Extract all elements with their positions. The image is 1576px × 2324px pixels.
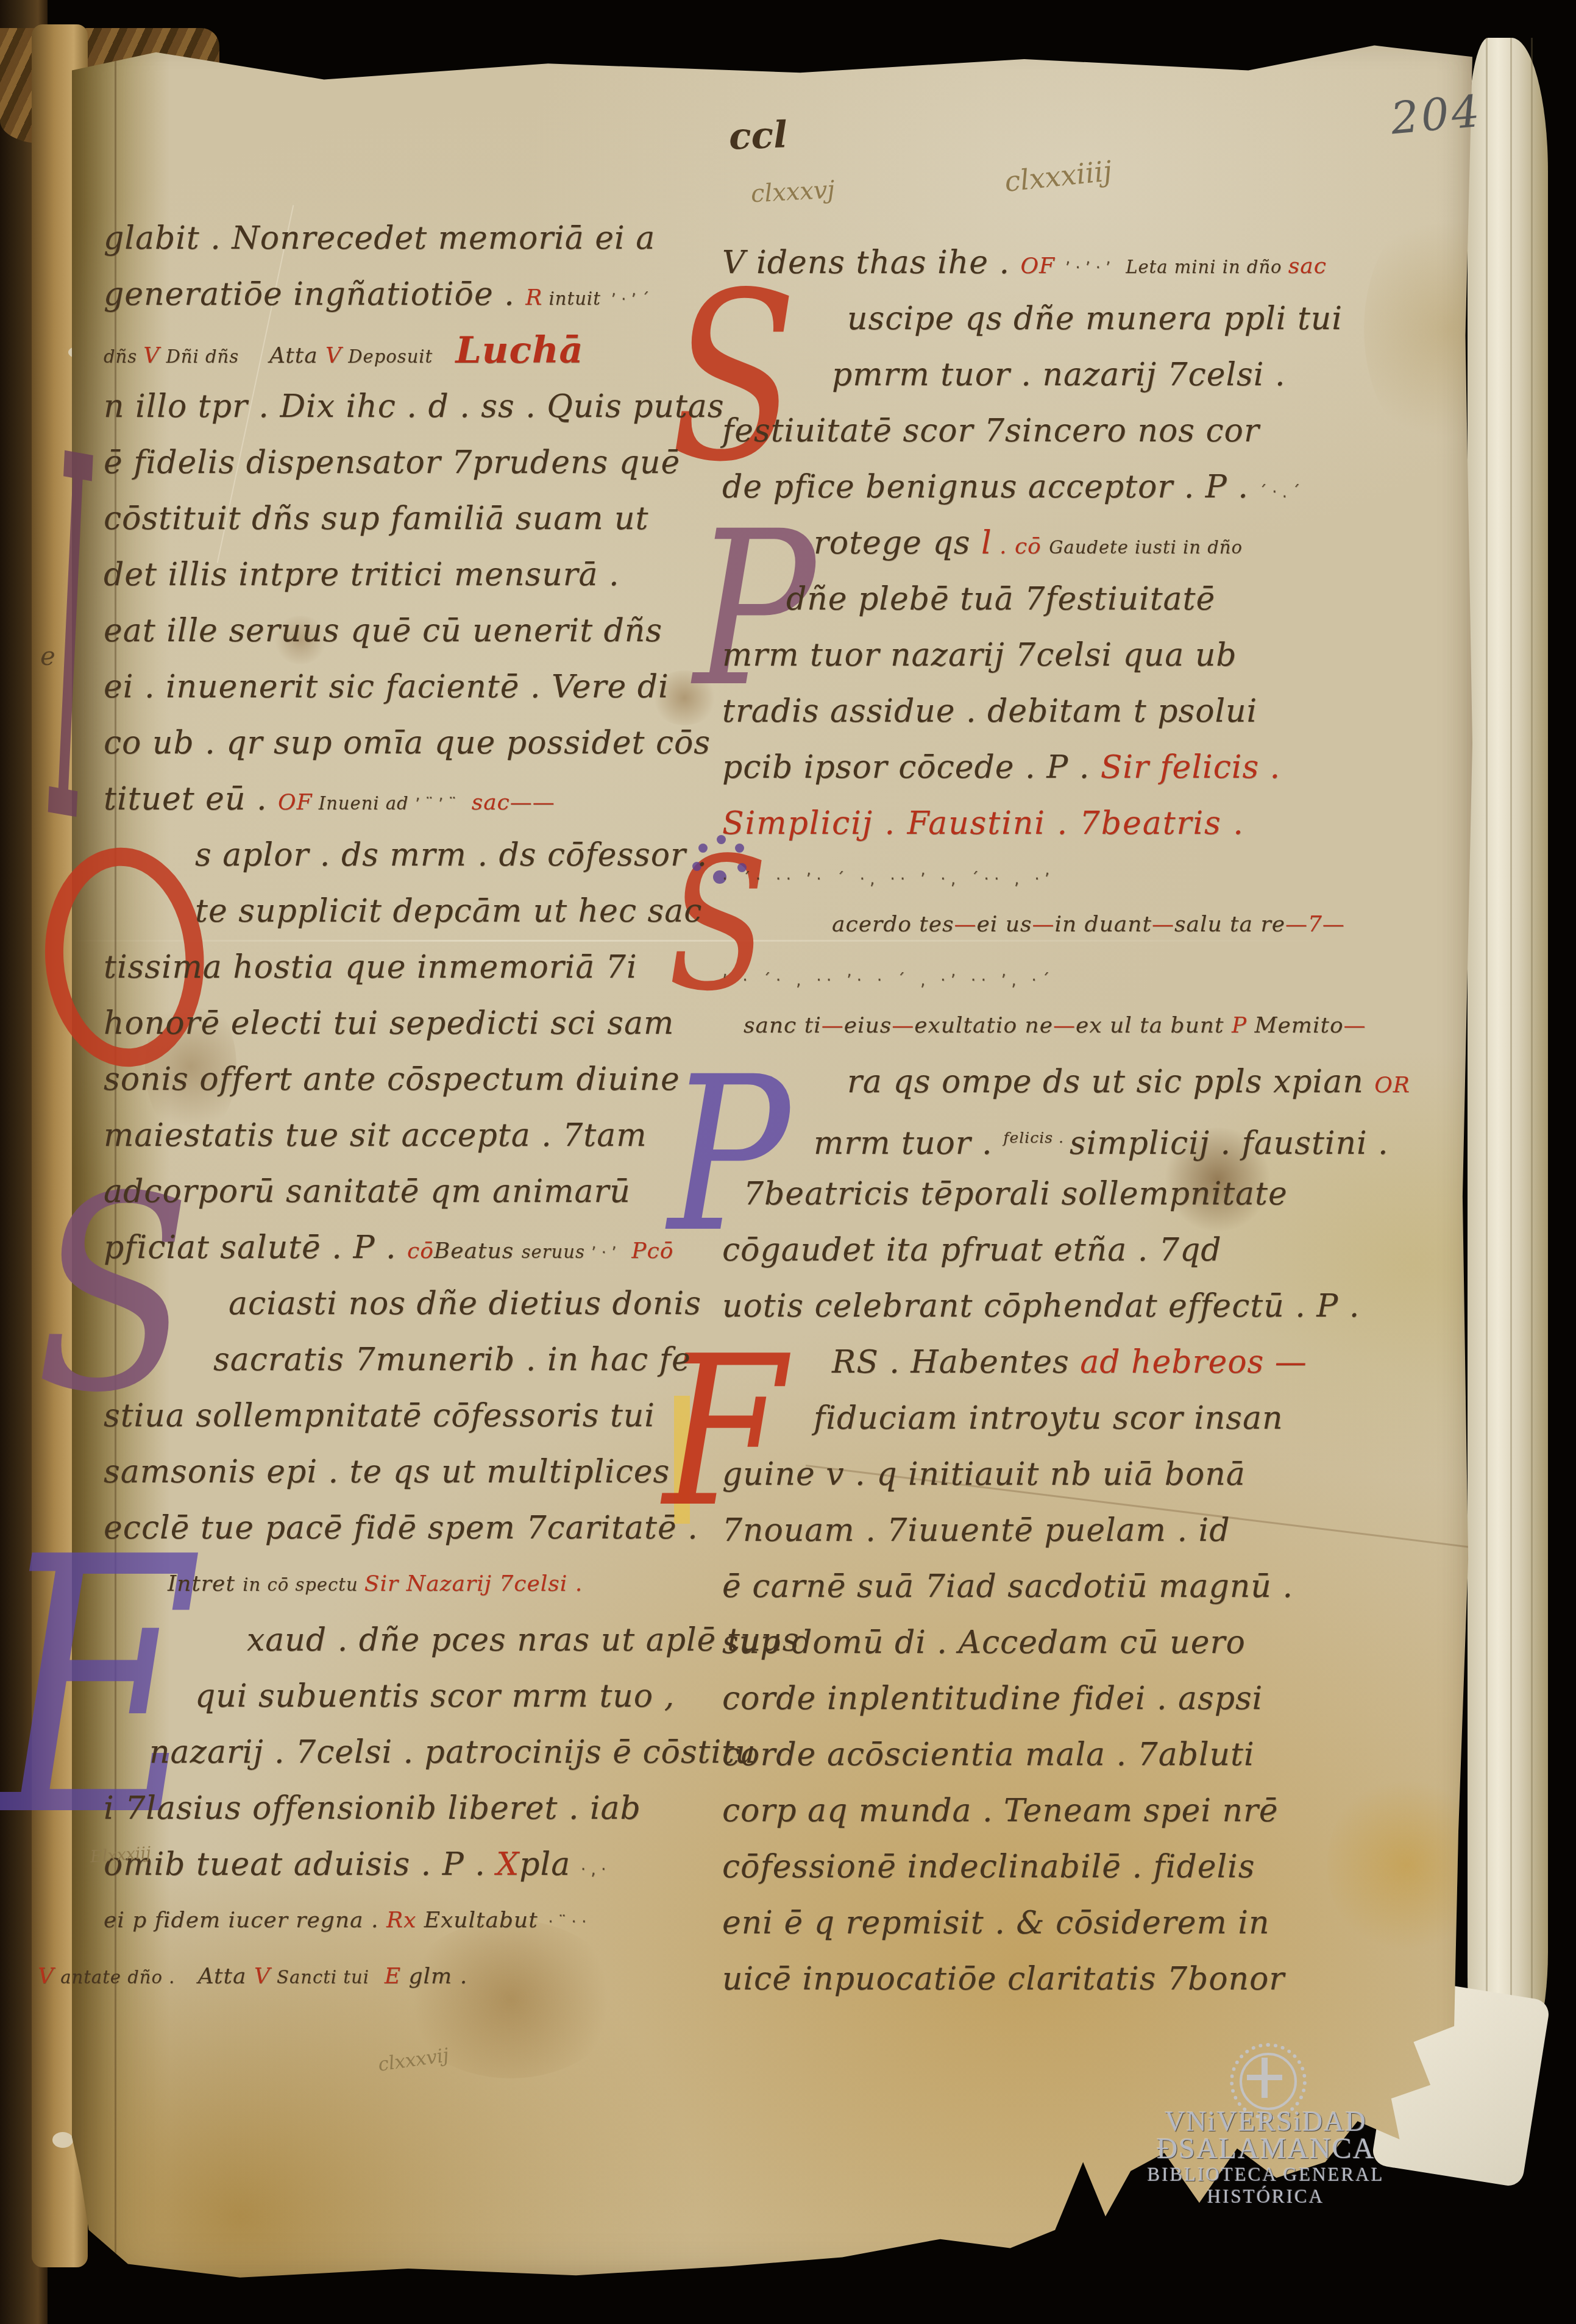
text-segment: ei . inuenerit sic facientē . Vere di	[104, 669, 669, 705]
text-segment: cōgaudet ita pfruat etña . 7qd	[722, 1232, 1221, 1268]
text-segment: sanc ti	[744, 1013, 822, 1038]
text-segment: R	[525, 285, 542, 310]
text-segment: Inueni ad	[312, 793, 414, 814]
text-segment: V	[325, 343, 342, 368]
running-header-roman-numeral: ccl	[728, 113, 788, 158]
text-segment: Atta	[198, 1964, 254, 1989]
text-segment: dñs	[104, 346, 143, 367]
text-segment: Sancti tui	[271, 1967, 369, 1988]
text-line: eat ille seruus quē cū uenerit dñs	[104, 603, 680, 659]
text-segment: Exultabut	[416, 1908, 538, 1933]
text-segment: P	[1232, 1013, 1247, 1038]
text-line: dñe plebē tuā 7festiuitatē	[722, 571, 1350, 627]
text-line: samsonis epi . te qs ut multiplices	[104, 1444, 680, 1500]
text-segment: ˊ·.ˊ	[1249, 483, 1305, 502]
text-segment: uotis celebrant cōphendat effectū . P .	[722, 1288, 1360, 1324]
text-segment: xaud . dñe pces nras ut aplē tuus	[247, 1622, 799, 1658]
text-line: s aplor . ds mrm . ds cōfessor .	[104, 827, 680, 883]
text-segment: Leta mini in dño	[1126, 257, 1288, 277]
text-segment: ʼ¨ʼ¨	[415, 795, 472, 814]
text-segment	[369, 1964, 385, 1989]
text-line: fiduciam introytu scor insan	[722, 1390, 1350, 1446]
text-segment: tradis assidue . debitam t psolui	[722, 693, 1257, 730]
text-segment: in duant	[1054, 912, 1152, 937]
text-segment: de pfice benignus acceptor . P .	[722, 469, 1249, 505]
text-segment: uicē inpuocatiōe claritatis 7bonor	[722, 1961, 1285, 1997]
text-segment: —	[1152, 912, 1174, 937]
text-segment: fiduciam introytu scor insan	[814, 1400, 1283, 1437]
text-line: corde acōscientia mala . 7abluti	[722, 1727, 1350, 1783]
text-segment: acerdo tes	[832, 912, 954, 937]
text-line: ra qs ompe ds ut sic ppls xpian OR	[722, 1054, 1350, 1110]
text-segment: seruus	[522, 1242, 591, 1262]
text-line: Simplicij . Faustini . 7beatris .	[722, 795, 1350, 851]
binding-cord	[52, 2132, 73, 2148]
text-segment: sac	[1288, 254, 1327, 279]
text-line: uotis celebrant cōphendat effectū . P .	[722, 1278, 1350, 1334]
text-segment: omib tueat aduisis . P .	[104, 1846, 496, 1883]
manuscript-scan: 204 ccl I D S E S P S P F glabit . Nonre…	[0, 0, 1576, 2324]
text-segment: l	[981, 525, 992, 561]
text-segment: OF	[278, 790, 313, 815]
text-segment: glabit . Nonrecedet memoriā ei a	[104, 220, 655, 257]
text-segment: exultatio ne	[914, 1013, 1053, 1038]
text-segment: —	[1032, 912, 1054, 937]
text-line: tradis assidue . debitam t psolui	[722, 683, 1350, 739]
text-line: xaud . dñe pces nras ut aplē tuus	[104, 1612, 680, 1668]
text-segment: 7beatricis tēporali sollempnitate	[744, 1176, 1288, 1212]
text-segment: simplicij . faustini .	[1070, 1125, 1389, 1162]
text-segment: adcorporū sanitatē qm animarū	[104, 1173, 631, 1210]
text-segment: co ub . qr sup omīa que possidet cōs	[104, 725, 711, 761]
text-segment: in cō spectu	[243, 1574, 364, 1595]
text-line: RS . Habentes ad hebreos —	[722, 1334, 1350, 1390]
marginal-note: clxxxvj	[750, 176, 836, 208]
text-line: te supplicit depcām ut hec sac	[104, 883, 680, 939]
text-line: cōgaudet ita pfruat etña . 7qd	[722, 1222, 1350, 1278]
text-line: maiestatis tue sit accepta . 7tam	[104, 1107, 680, 1164]
text-segment: X	[496, 1846, 519, 1883]
text-line: corp aq munda . Teneam spei nrē	[722, 1783, 1350, 1839]
text-segment: ·,·	[570, 1860, 611, 1879]
text-segment: 7nouam . 7iuuentē puelam . id	[722, 1512, 1230, 1549]
text-segment: uscipe qs dñe munera ppli tui	[847, 300, 1343, 337]
text-segment: salu ta re	[1174, 912, 1285, 937]
text-line: honorē electi tui sepedicti sci sam	[104, 995, 680, 1051]
text-segment: —	[954, 912, 977, 937]
text-segment: pcib ipsor cōcede . P .	[722, 749, 1101, 786]
text-segment: ʼ·ʼˊ	[601, 290, 655, 309]
text-segment: ē carnē suā 7iad sacdotiū magnū .	[722, 1568, 1293, 1605]
text-line: uicē inpuocatiōe claritatis 7bonor	[722, 1951, 1350, 2007]
text-segment: glm .	[401, 1964, 467, 1989]
text-segment: ei p fidem iucer regna .	[104, 1908, 386, 1933]
text-segment: V	[38, 1964, 54, 1989]
text-segment: samsonis epi . te qs ut multiplices	[104, 1454, 670, 1490]
text-segment: —	[1344, 1013, 1366, 1038]
text-segment: guine v . q initiauit nb uiā bonā	[722, 1456, 1246, 1493]
text-segment: cōfessionē indeclinabilē . fidelis	[722, 1849, 1255, 1885]
text-line: sanc ti—eius—exultatio ne—ex ul ta bunt …	[722, 998, 1350, 1054]
text-segment: ei us	[977, 912, 1032, 937]
text-segment: ʼ·ʼ·ʼ	[1055, 258, 1126, 277]
text-segment: intuit	[542, 288, 600, 309]
text-line: pmrm tuor . nazarij 7celsi .	[722, 347, 1350, 403]
text-segment: s aplor . ds mrm . ds cōfessor .	[195, 837, 708, 873]
text-segment: Simplicij . Faustini . 7beatris .	[722, 805, 1244, 842]
text-segment: V idens thas ihe .	[722, 244, 1021, 281]
text-segment: festiuitatē scor 7sincero nos cor	[722, 413, 1260, 449]
text-line: eni ē q repmisit . & cōsiderem in	[722, 1895, 1350, 1951]
stain	[1327, 1774, 1486, 1956]
text-line: generatiōe ingñatiotiōe . R intuit ʼ·ʼˊ	[104, 266, 680, 322]
text-line: nazarij . 7celsi . patrocinijs ē cōstitu	[104, 1724, 680, 1780]
text-line: stiua sollempnitatē cōfessoris tui	[104, 1388, 680, 1444]
text-line: uscipe qs dñe munera ppli tui	[722, 291, 1350, 347]
text-line: · ˊ· ·· ʼ· ˊ ·, ·· ʼ ·, ˊ·· , ·ʼ	[722, 851, 1350, 897]
text-line: V antate dño . Atta V Sancti tui E glm .	[38, 1949, 680, 2005]
text-segment: antate dño .	[54, 1967, 175, 1988]
text-segment: E	[385, 1964, 401, 1989]
text-line: i 7lasius offensionib liberet . iab	[104, 1780, 680, 1836]
text-segment: —	[892, 1013, 914, 1038]
text-segment: Pcō	[631, 1238, 673, 1263]
text-line: adcorporū sanitatē qm animarū	[104, 1164, 680, 1220]
text-segment: tissima hostia que inmemoriā 7i	[104, 949, 637, 986]
text-segment: Beatus	[434, 1238, 522, 1263]
text-segment: corp aq munda . Teneam spei nrē	[722, 1793, 1279, 1829]
text-segment: det illis intpre tritici mensurā .	[104, 556, 620, 593]
text-line: acerdo tes—ei us—in duant—salu ta re—7—	[722, 897, 1350, 953]
text-segment: cō	[407, 1238, 434, 1263]
text-segment: Sir felicis .	[1101, 749, 1280, 786]
text-line: sonis offert ante cōspectum diuine	[104, 1051, 680, 1107]
text-segment: felicis .	[1003, 1129, 1070, 1146]
text-line: det illis intpre tritici mensurā .	[104, 547, 680, 603]
marginal-note: e	[40, 641, 55, 671]
text-segment: corde inplentitudine fidei . aspsi	[722, 1680, 1263, 1717]
text-segment: ad hebreos —	[1080, 1344, 1307, 1381]
text-segment: sac——	[472, 790, 555, 815]
text-line: pficiat salutē . P . cōBeatus seruus ʼ·ʼ…	[104, 1220, 680, 1276]
stacked-page-edges	[1468, 38, 1548, 2073]
text-line: ecclē tue pacē fidē spem 7caritatē .	[104, 1500, 680, 1556]
text-line: ē carnē suā 7iad sacdotiū magnū .	[722, 1558, 1350, 1615]
text-line: qui subuentis scor mrm tuo ,	[104, 1668, 680, 1724]
text-segment: qui subuentis scor mrm tuo ,	[195, 1678, 675, 1715]
text-segment: ʼ · ˊ· , ·· ʼ· · ˊ , ·ʼ ·· ʼ, ·ˊ	[722, 971, 1054, 990]
text-line: festiuitatē scor 7sincero nos cor	[722, 403, 1350, 459]
text-segment: . cō	[992, 534, 1049, 559]
text-line: mrm tuor . felicis . simplicij . faustin…	[722, 1110, 1350, 1166]
text-line: ē fidelis dispensator 7prudens quē	[104, 435, 680, 491]
text-line: sacratis 7munerib . in hac fe	[104, 1332, 680, 1388]
text-segment: n illo tpr . Dix ihc . d . ss . Quis put…	[104, 388, 725, 425]
text-segment: sacratis 7munerib . in hac fe	[213, 1341, 691, 1378]
text-segment: —	[822, 1013, 844, 1038]
text-segment: honorē electi tui sepedicti sci sam	[104, 1005, 674, 1042]
text-segment: V	[143, 343, 160, 368]
watermark-salamanca: ÐSALAMANCA	[1144, 2132, 1388, 2166]
text-segment: nazarij . 7celsi . patrocinijs ē cōstitu	[149, 1734, 756, 1771]
text-line: cōstituit dñs sup familiā suam ut	[104, 491, 680, 547]
text-line: corde inplentitudine fidei . aspsi	[722, 1671, 1350, 1727]
text-segment: Gaudete iusti in dño	[1049, 537, 1243, 558]
text-segment: ex ul ta bunt	[1076, 1013, 1232, 1038]
folio-number-pencil: 204	[1389, 85, 1484, 144]
text-segment: ra qs ompe ds ut sic ppls xpian	[847, 1064, 1374, 1100]
text-segment: rotege qs	[814, 525, 981, 561]
text-segment: pmrm tuor . nazarij 7celsi .	[832, 357, 1285, 393]
text-segment: mrm tuor .	[814, 1125, 1003, 1162]
text-segment: Sir Nazarij 7celsi .	[364, 1571, 583, 1596]
text-line: omib tueat aduisis . P . Xpla ·,·	[104, 1836, 680, 1892]
text-segment: —	[1053, 1013, 1076, 1038]
seal-inner-ring	[1240, 2053, 1297, 2110]
text-line: pcib ipsor cōcede . P . Sir felicis .	[722, 739, 1350, 795]
text-line: dñs V Dñi dñs Atta V Deposuit Luchā	[104, 322, 680, 378]
text-line: guine v . q initiauit nb uiā bonā	[722, 1446, 1350, 1502]
text-segment: OR	[1374, 1073, 1410, 1098]
text-segment: ē fidelis dispensator 7prudens quē	[104, 444, 680, 481]
text-line: tissima hostia que inmemoriā 7i	[104, 939, 680, 995]
text-segment: OF	[1021, 254, 1056, 279]
text-segment: eius	[844, 1013, 892, 1038]
text-segment: stiua sollempnitatē cōfessoris tui	[104, 1398, 655, 1434]
text-segment: i 7lasius offensionib liberet . iab	[104, 1790, 641, 1827]
text-line: aciasti nos dñe dietius donis	[104, 1276, 680, 1332]
text-segment: sonis offert ante cōspectum diuine	[104, 1061, 680, 1098]
text-segment: pla	[519, 1846, 570, 1883]
text-segment: ·¨··	[538, 1913, 592, 1931]
text-segment: Intret	[168, 1571, 243, 1596]
text-segment: eni ē q repmisit . & cōsiderem in	[722, 1905, 1269, 1941]
text-segment: · ˊ· ·· ʼ· ˊ ·, ·· ʼ ·, ˊ·· , ·ʼ	[722, 870, 1054, 889]
text-line: 7nouam . 7iuuentē puelam . id	[722, 1502, 1350, 1558]
text-segment: corde acōscientia mala . 7abluti	[722, 1736, 1255, 1773]
text-segment: Dñi dñs	[160, 346, 239, 367]
text-segment: eat ille seruus quē cū uenerit dñs	[104, 613, 662, 649]
text-segment: Deposuit	[342, 346, 433, 367]
text-segment: Luchā	[456, 329, 584, 372]
text-segment: generatiōe ingñatiotiōe .	[104, 276, 525, 313]
text-segment	[239, 343, 269, 368]
text-line: glabit . Nonrecedet memoriā ei a	[104, 210, 680, 266]
text-line: ei p fidem iucer regna . Rx Exultabut ·¨…	[104, 1892, 680, 1949]
text-segment: sup domū di . Accedam cū uero	[722, 1624, 1246, 1661]
text-segment: mrm tuor nazarij 7celsi qua ub	[722, 637, 1237, 673]
text-line: mrm tuor nazarij 7celsi qua ub	[722, 627, 1350, 683]
text-segment: Atta	[269, 343, 325, 368]
text-line: sup domū di . Accedam cū uero	[722, 1615, 1350, 1671]
text-segment: —7—	[1285, 912, 1345, 937]
text-line: tituet eū . OF Inueni ad ʼ¨ʼ¨ sac——	[104, 771, 680, 827]
text-segment: ecclē tue pacē fidē spem 7caritatē .	[104, 1510, 698, 1546]
text-line: co ub . qr sup omīa que possidet cōs	[104, 715, 680, 771]
text-line: Intret in cō spectu Sir Nazarij 7celsi .	[104, 1556, 680, 1612]
seal-cross-horizontal	[1247, 2075, 1282, 2080]
text-column-right: V idens thas ihe . OF ʼ·ʼ·ʼ Leta mini in…	[722, 235, 1350, 2007]
text-segment: maiestatis tue sit accepta . 7tam	[104, 1117, 647, 1154]
text-line: ei . inuenerit sic facientē . Vere di	[104, 659, 680, 715]
text-line: cōfessionē indeclinabilē . fidelis	[722, 1839, 1350, 1895]
text-column-left: glabit . Nonrecedet memoriā ei agenerati…	[104, 210, 680, 2005]
text-segment: Memito	[1247, 1013, 1343, 1038]
text-segment: tituet eū .	[104, 781, 278, 817]
text-line: V idens thas ihe . OF ʼ·ʼ·ʼ Leta mini in…	[722, 235, 1350, 291]
page-edge-line	[1486, 38, 1488, 2073]
text-segment	[433, 343, 455, 368]
watermark-library-name: BIBLIOTECA GENERAL HISTÓRICA	[1126, 2164, 1406, 2208]
text-segment: Rx	[386, 1908, 416, 1933]
text-segment: te supplicit depcām ut hec sac	[195, 893, 702, 929]
text-segment	[175, 1964, 197, 1989]
text-line: rotege qs l . cō Gaudete iusti in dño	[722, 515, 1350, 571]
text-segment: ʼ·ʼ	[591, 1243, 631, 1262]
text-line: ʼ · ˊ· , ·· ʼ· · ˊ , ·ʼ ·· ʼ, ·ˊ	[722, 953, 1350, 998]
text-segment: dñe plebē tuā 7festiuitatē	[786, 581, 1215, 617]
text-segment: RS . Habentes	[832, 1344, 1080, 1381]
text-segment: pficiat salutē . P .	[104, 1229, 407, 1266]
text-line: 7beatricis tēporali sollempnitate	[722, 1166, 1350, 1222]
page-edge-line	[1531, 38, 1533, 2073]
text-segment: cōstituit dñs sup familiā suam ut	[104, 500, 648, 537]
text-segment: V	[254, 1964, 271, 1989]
text-line: de pfice benignus acceptor . P . ˊ·.ˊ	[722, 459, 1350, 515]
text-line: n illo tpr . Dix ihc . d . ss . Quis put…	[104, 378, 680, 435]
text-segment: aciasti nos dñe dietius donis	[229, 1285, 701, 1322]
page-edge-line	[1510, 38, 1512, 2073]
